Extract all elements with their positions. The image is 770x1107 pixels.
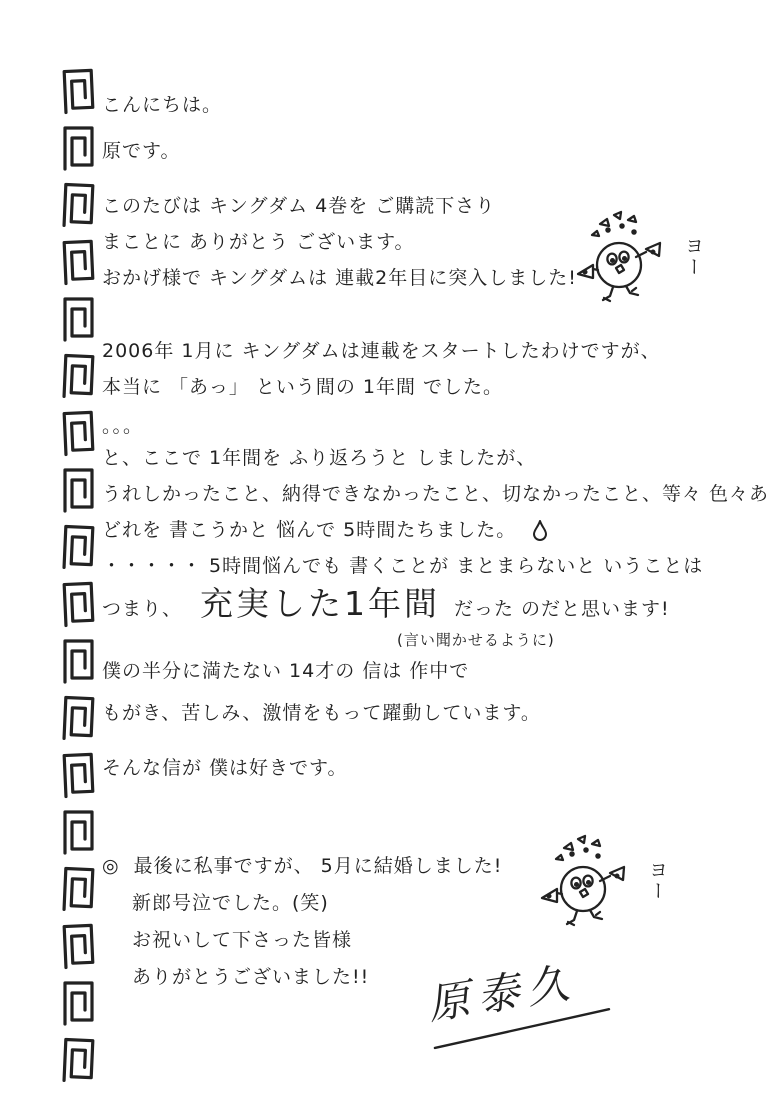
reflection-line-2: うれしかったこと、納得できなかったこと、切なかったこと、等々 色々ありすぎて (102, 476, 770, 512)
conclusion-prefix: つまり、 (102, 594, 182, 621)
greeting-line-1: こんにちは。 (102, 82, 222, 128)
spiral-border-motif (55, 692, 99, 742)
spiral-border-motif (56, 465, 98, 513)
reflection-block: と、ここで 1年間を ふり返ろうと しましたが、 うれしかったこと、納得できなか… (102, 440, 770, 584)
handwritten-letter-page: こんにちは。 原です。 このたびは キングダム 4巻を ご購読下さり まことに … (0, 0, 770, 1107)
chick-doodle-icon-slot-2 (530, 832, 638, 938)
about-shin-line-3: そんな信が 僕は好きです。 (102, 750, 541, 786)
conclusion-emphasis: 充実した1年間 (200, 578, 440, 625)
year-review-block: 2006年 1月に キングダムは連載をスタートしたわけですが、 本当に 「あっ」… (102, 333, 661, 447)
spiral-border-motif (55, 350, 99, 400)
spiral-border-motif (56, 807, 98, 855)
spiral-border-motif (55, 1034, 99, 1084)
sweat-drop-icon (532, 518, 548, 542)
spiral-border-motif (55, 65, 99, 115)
year-review-line-2: 本当に 「あっ」 という間の 1年間 でした。 (102, 369, 661, 405)
spiral-border-motif (56, 978, 98, 1026)
year-review-line-1: 2006年 1月に キングダムは連載をスタートしたわけですが、 (102, 333, 661, 369)
reflection-line-3: どれを 書こうかと 悩んで 5時間たちました。 (102, 512, 516, 548)
postscript-line-1: 最後に私事ですが、 5月に結婚しました! (134, 848, 503, 885)
thanks-line-3: おかげ様で キングダムは 連載2年目に突入しました! (102, 260, 577, 296)
spiral-border-motif (55, 236, 99, 286)
thanks-line-2: まことに ありがとう ございます。 (102, 224, 577, 260)
border-spiral-column (56, 66, 98, 1083)
about-shin-line-2: もがき、苦しみ、激情をもって躍動しています。 (102, 692, 541, 734)
spiral-border-motif (55, 578, 99, 628)
spiral-border-motif (56, 636, 98, 684)
postscript-marker: ◎ (102, 848, 120, 885)
spiral-border-motif (55, 920, 99, 970)
bird2-cheer-text: ヨー (644, 860, 671, 902)
conclusion-suffix: だった のだと思います! (454, 594, 670, 621)
greeting-block: こんにちは。 原です。 (102, 82, 222, 174)
postscript-line-3: お祝いして下さった皆様 (132, 922, 502, 959)
thanks-line-1: このたびは キングダム 4巻を ご購読下さり (102, 188, 577, 224)
chick-doodle-icon (530, 832, 638, 934)
spiral-border-motif (56, 123, 98, 171)
spiral-border-motif (55, 863, 99, 913)
conclusion-aside: (言い聞かせるように) (397, 629, 670, 650)
chick-doodle-icon (566, 208, 674, 310)
about-shin-block: 僕の半分に満たない 14才の 信は 作中で もがき、苦しみ、激情をもって躍動して… (102, 650, 541, 786)
thanks-block: このたびは キングダム 4巻を ご購読下さり まことに ありがとう ございます。… (102, 188, 577, 296)
postscript-line-2: 新郎号泣でした。(笑) (132, 885, 502, 922)
spiral-border-motif (55, 407, 99, 457)
spiral-border-motif (55, 521, 99, 571)
chick-doodle-icon-slot-1 (566, 208, 674, 314)
reflection-line-1: と、ここで 1年間を ふり返ろうと しましたが、 (102, 440, 770, 476)
spiral-border-motif (55, 749, 99, 799)
conclusion-block: つまり、 充実した1年間 だった のだと思います! (言い聞かせるように) (102, 578, 670, 650)
spiral-border-motif (55, 179, 99, 229)
bird1-cheer-text: ヨー (680, 236, 707, 278)
bird-doodle-1: ヨー (566, 208, 707, 314)
about-shin-line-1: 僕の半分に満たない 14才の 信は 作中で (102, 650, 541, 692)
bird-doodle-2: ヨー (530, 832, 671, 938)
spiral-border-motif (56, 294, 98, 342)
greeting-line-2: 原です。 (102, 128, 222, 174)
